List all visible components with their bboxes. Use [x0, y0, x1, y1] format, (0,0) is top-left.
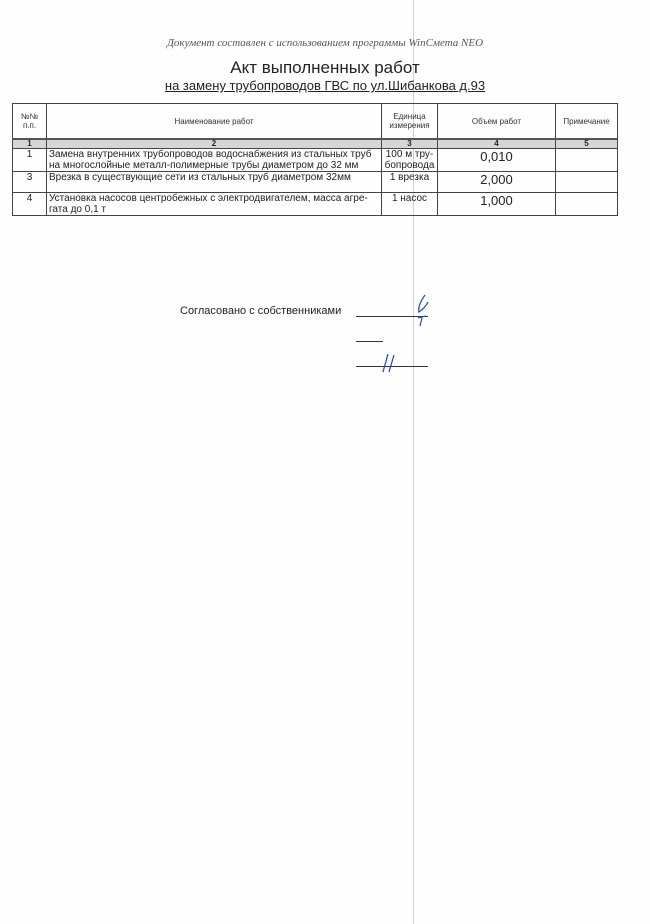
unit: 1 насос	[382, 193, 438, 216]
signature-line	[356, 341, 383, 342]
column-header-unit: Единица измерения	[382, 104, 438, 140]
quantity: 0,010	[438, 149, 556, 172]
column-numbers-row: 1 2 3 4 5	[13, 139, 618, 149]
note	[556, 149, 618, 172]
document-subtitle: на замену трубопроводов ГВС по ул.Шибанк…	[0, 78, 650, 93]
note	[556, 193, 618, 216]
quantity: 1,000	[438, 193, 556, 216]
column-number: 5	[556, 139, 618, 149]
document-title: Акт выполненных работ	[0, 58, 650, 78]
table-header-row: №№ п.п. Наименование работ Единица измер…	[13, 104, 618, 140]
table-row: 4 Установка насосов центробежных с элект…	[13, 193, 618, 216]
column-number: 2	[47, 139, 382, 149]
approval-label: Согласовано с собственниками	[180, 305, 341, 317]
table-row: 1 Замена внутренних трубопроводов водосн…	[13, 149, 618, 172]
column-header-qty: Объем работ	[438, 104, 556, 140]
column-number: 3	[382, 139, 438, 149]
quantity: 2,000	[438, 172, 556, 193]
unit: 100 м тру-бопровода	[382, 149, 438, 172]
signature-mark-icon	[378, 352, 402, 374]
row-number: 1	[13, 149, 47, 172]
work-name: Замена внутренних трубопроводов водоснаб…	[47, 149, 382, 172]
column-number: 4	[438, 139, 556, 149]
work-name: Врезка в существующие сети из стальных т…	[47, 172, 382, 193]
row-number: 4	[13, 193, 47, 216]
source-note: Документ составлен с использованием прог…	[0, 37, 650, 49]
signature-mark-icon	[410, 292, 434, 332]
works-table: №№ п.п. Наименование работ Единица измер…	[12, 103, 618, 216]
column-header-num: №№ п.п.	[13, 104, 47, 140]
column-number: 1	[13, 139, 47, 149]
table-row: 3 Врезка в существующие сети из стальных…	[13, 172, 618, 193]
unit: 1 врезка	[382, 172, 438, 193]
row-number: 3	[13, 172, 47, 193]
column-header-name: Наименование работ	[47, 104, 382, 140]
work-name: Установка насосов центробежных с электро…	[47, 193, 382, 216]
column-header-note: Примечание	[556, 104, 618, 140]
note	[556, 172, 618, 193]
